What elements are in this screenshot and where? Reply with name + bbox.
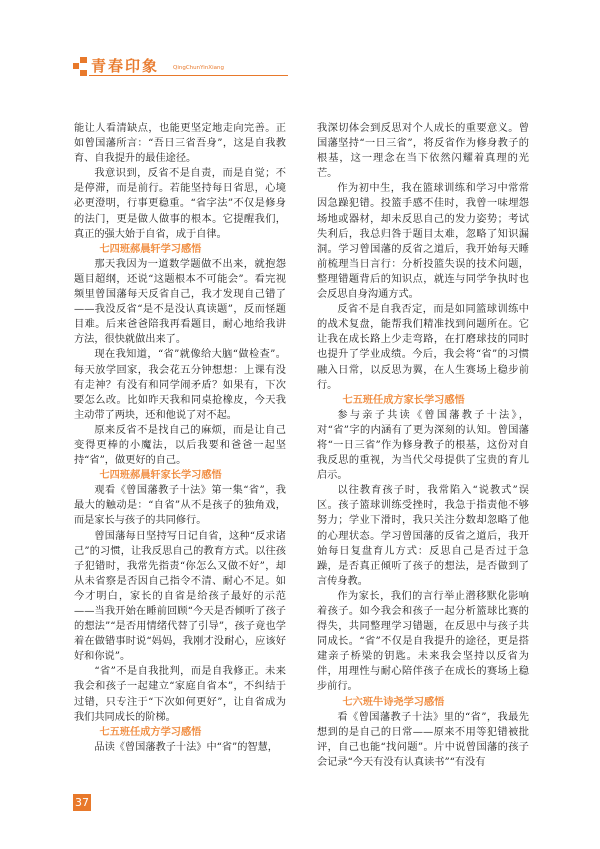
section-heading: 七五班任成方家长学习感悟 bbox=[317, 393, 529, 408]
paragraph: “省”不是自我批判，而是自我修正。未来我会和孩子一起建立“家庭自省本”，不纠结于… bbox=[74, 664, 286, 724]
right-column: 我深切体会到反思对个人成长的重要意义。曾国藩坚持“一日三省”，将反省作为修身教子… bbox=[317, 121, 529, 770]
left-column: 能让人看清缺点，也能更坚定地走向完善。正如曾国藩所言：“吾日三省吾身”，这是自我… bbox=[74, 121, 286, 755]
paragraph: 能让人看清缺点，也能更坚定地走向完善。正如曾国藩所言：“吾日三省吾身”，这是自我… bbox=[74, 121, 286, 166]
paragraph: 以往教育孩子时，我常陷入“说教式”误区。孩子篮球训练受挫时，我急于指责他不够努力… bbox=[317, 483, 529, 589]
section-heading: 七五班任成方学习感悟 bbox=[74, 725, 286, 740]
paragraph: 作为初中生，我在篮球训练和学习中常常因急躁犯错。投篮手感不佳时，我曾一味埋怨场地… bbox=[317, 181, 529, 302]
logo-squares-icon bbox=[73, 56, 89, 78]
paragraph: 品读《曾国藩教子十法》中“省”的智慧， bbox=[74, 740, 286, 755]
paragraph: 我深切体会到反思对个人成长的重要意义。曾国藩坚持“一日三省”，将反省作为修身教子… bbox=[317, 121, 529, 181]
header-divider bbox=[89, 75, 288, 76]
section-heading: 七六班牛诗尧学习感悟 bbox=[317, 695, 529, 710]
section-subtitle: QingChunYinXiang bbox=[173, 64, 224, 72]
paragraph: 我意识到，反省不是自责，而是自觉；不是停滞，而是前行。若能坚持每日省思，心境必更… bbox=[74, 166, 286, 241]
paragraph: 现在我知道，“省”就像给大脑“做检查”。每天放学回家，我会花五分钟想想：上课有没… bbox=[74, 347, 286, 422]
paragraph: 参与亲子共读《曾国藩教子十法》，对“省”字的内涵有了更为深刻的认知。曾国藩将“一… bbox=[317, 408, 529, 483]
paragraph: 观看《曾国藩教子十法》第一集“省”，我最大的触动是：“自省”从不是孩子的独角戏，… bbox=[74, 483, 286, 528]
paragraph: 曾国藩每日坚持写日记自省，这种“反求诸己”的习惯，让我反思自己的教育方式。以往孩… bbox=[74, 529, 286, 665]
page-number: 37 bbox=[73, 794, 91, 811]
section-title: 青春印象 bbox=[91, 57, 159, 75]
paragraph: 反省不是自我否定，而是如同篮球训练中的战术复盘，能帮我们精准找到问题所在。它让我… bbox=[317, 302, 529, 393]
section-heading: 七四班郝晨轩学习感悟 bbox=[74, 242, 286, 257]
paragraph: 作为家长，我们的言行举止潜移默化影响着孩子。如今我会和孩子一起分析篮球比赛的得失… bbox=[317, 589, 529, 695]
section-heading: 七四班郝晨轩家长学习感悟 bbox=[74, 468, 286, 483]
magazine-header: 青春印象 QingChunYinXiang bbox=[73, 56, 288, 78]
paragraph: 原来反省不是找自己的麻烦，而是让自己变得更棒的小魔法，以后我要和爸爸一起坚持“省… bbox=[74, 423, 286, 468]
paragraph: 看《曾国藩教子十法》里的“省”，我最先想到的是自己的日常——原来不用等犯错被批评… bbox=[317, 710, 529, 770]
paragraph: 那天我因为一道数学题做不出来，就抱怨题目超纲，还说“这题根本不可能会”。看完视频… bbox=[74, 257, 286, 348]
